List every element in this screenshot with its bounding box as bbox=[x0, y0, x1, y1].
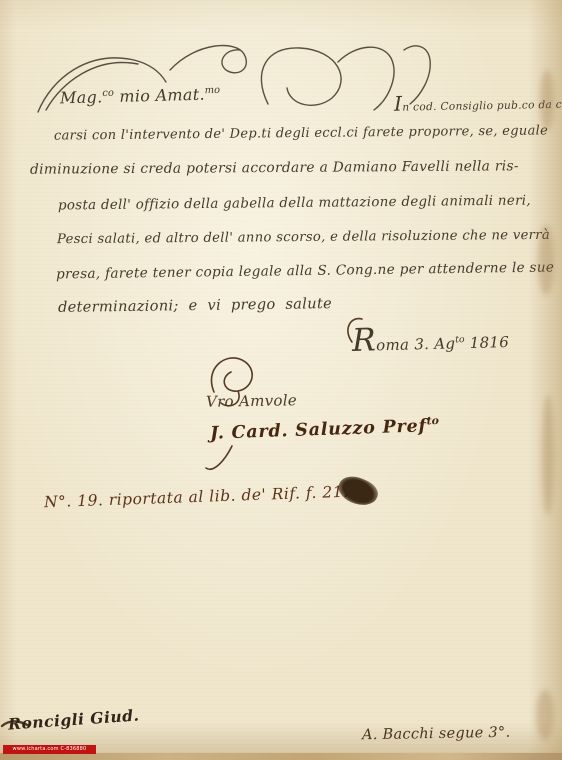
registry-note: N°. 19. riportata al lib. de' Rif. f. 21… bbox=[44, 485, 349, 511]
body-line-3: diminuzione si creda potersi accordare a… bbox=[30, 160, 519, 177]
salutation-superscript-mo: mo bbox=[205, 85, 221, 96]
paper-smudge bbox=[542, 395, 554, 515]
seller-watermark: www.icharta.com C-836880 bbox=[3, 745, 96, 754]
signature-name: J. Card. Saluzzo Pref bbox=[210, 416, 427, 444]
dateline-year: 1816 bbox=[464, 333, 509, 352]
signature-line: J. Card. Saluzzo Prefto bbox=[210, 416, 440, 443]
signature-superscript: to bbox=[426, 414, 439, 427]
scan-bottom-edge bbox=[0, 753, 562, 760]
dateline: Roma 3. Agto 1816 bbox=[352, 322, 510, 358]
dateline-place-day: Roma 3. Ag bbox=[352, 334, 456, 355]
salutation-mid: mio Amat. bbox=[114, 85, 205, 106]
paper-smudge bbox=[536, 690, 554, 740]
body-line-2: carsi con l'intervento de' Dep.ti degli … bbox=[54, 124, 548, 142]
paper-smudge bbox=[540, 70, 554, 130]
body-line-5: Pesci salati, ed altro dell' anno scorso… bbox=[57, 229, 550, 247]
closing-line: Vro Amvole bbox=[206, 393, 297, 410]
paper-smudge bbox=[538, 225, 554, 295]
body-line-4: posta dell' offizio della gabella della … bbox=[58, 195, 531, 213]
pen-flourish-ornaments-icon bbox=[0, 0, 562, 760]
scanned-letter-page: Mag.co mio Amat.mo In cod. Consiglio pub… bbox=[0, 0, 562, 760]
body-line-6: presa, farete tener copia legale alla S.… bbox=[56, 262, 554, 283]
salutation-abbrev: Mag. bbox=[60, 87, 103, 107]
body-line-1: In cod. Consiglio pub.co da convo- bbox=[394, 90, 562, 114]
verso-note-left: Roncigli Giud. bbox=[8, 707, 140, 732]
body-line-7: determinazioni; e vi prego salute bbox=[58, 297, 332, 315]
salutation-superscript-co: co bbox=[102, 88, 114, 99]
verso-note-right: A. Bacchi segue 3°. bbox=[362, 726, 511, 743]
salutation-line: Mag.co mio Amat.mo bbox=[60, 86, 221, 107]
dateline-superscript: to bbox=[455, 334, 465, 345]
ink-blot bbox=[334, 471, 381, 511]
